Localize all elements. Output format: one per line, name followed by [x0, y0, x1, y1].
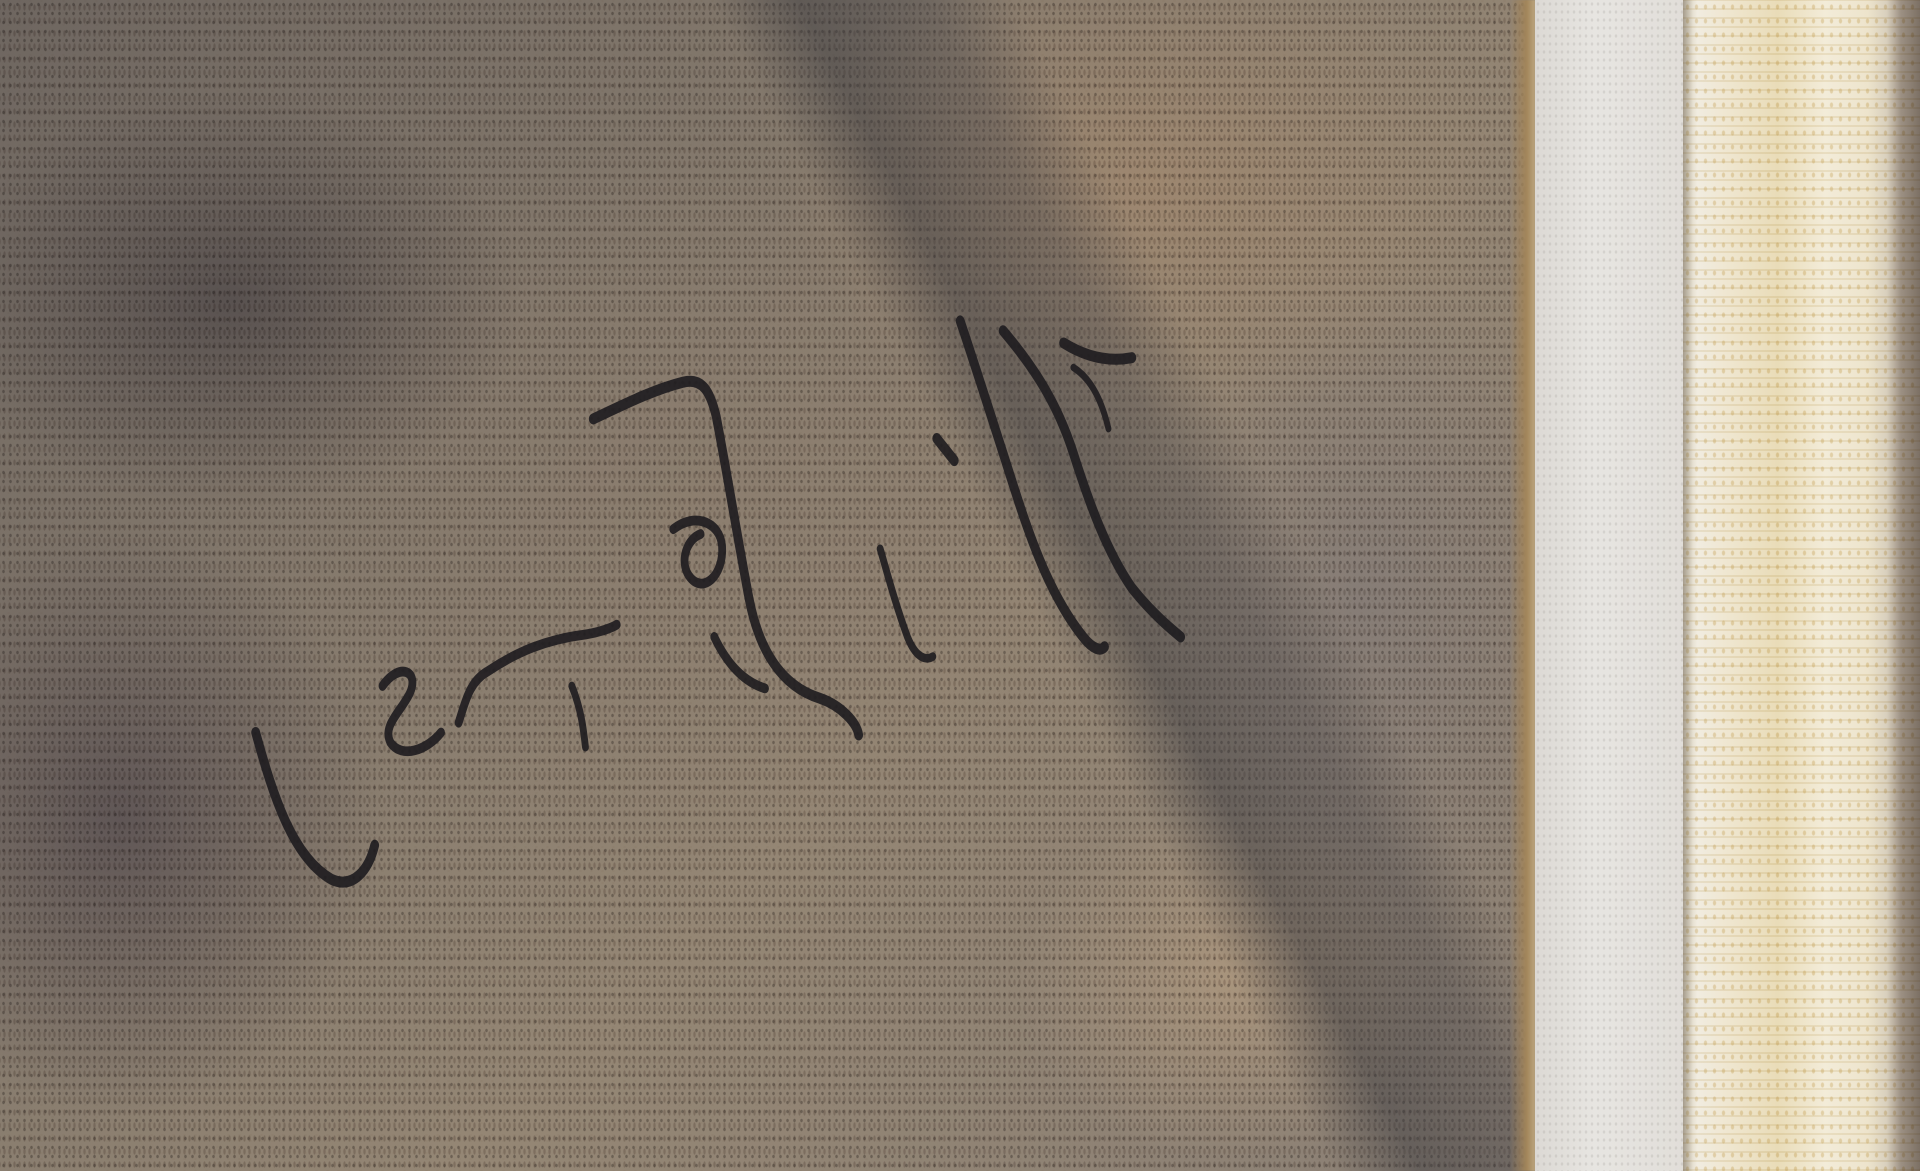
photo-scene — [0, 0, 1920, 1171]
white-mat — [1535, 0, 1683, 1171]
signature — [0, 0, 1530, 1171]
picture-frame — [1683, 0, 1920, 1171]
frame-inner-shadow — [1683, 0, 1693, 1171]
